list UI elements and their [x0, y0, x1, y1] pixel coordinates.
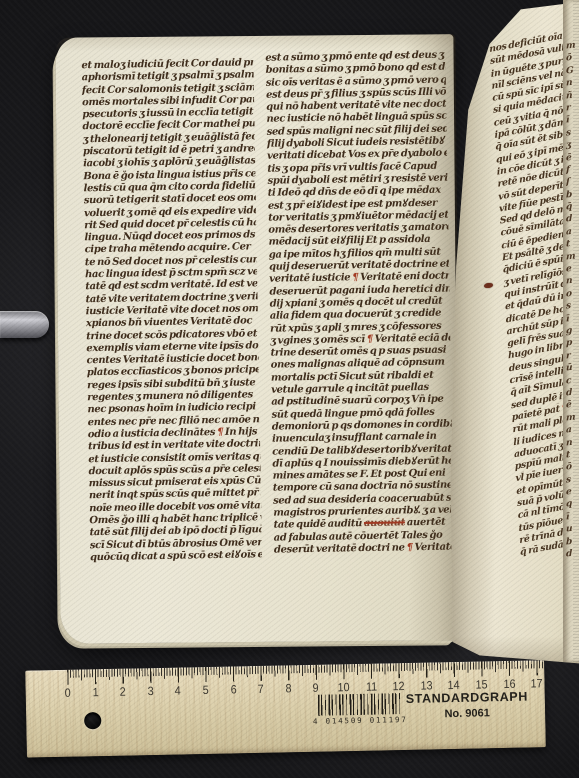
manuscript-line: a: [566, 424, 576, 437]
page-top-edge-shade: [55, 34, 453, 51]
manuscript-line: ē: [566, 399, 576, 412]
manuscript-line: s: [566, 300, 576, 313]
ruler-number: 2: [120, 685, 126, 699]
manuscript-line: ū: [566, 362, 576, 375]
manuscript-right-page: nos deficiūt oīa mala q̄ nōsūt mēdosā vu…: [437, 0, 579, 666]
manuscript-left-page: et maloʒ iudiciū fecit Cor dauid pmōapho…: [55, 34, 458, 643]
manuscript-line: ī: [566, 114, 576, 127]
manuscript-line: ī: [566, 510, 576, 523]
ruler-number: 6: [230, 682, 236, 696]
manuscript-line: d: [566, 386, 576, 399]
manuscript-line: t: [566, 238, 576, 251]
manuscript-line: e: [566, 263, 576, 276]
text-column-1: et maloʒ iudiciū fecit Cor dauid pmōapho…: [81, 57, 262, 568]
manuscript-line: q: [566, 498, 576, 511]
manuscript-line: c: [566, 374, 576, 387]
manuscript-line: quōcūq dicat a spū scō est eiꙋ oīs essēc…: [90, 549, 262, 564]
manuscript-line: t: [566, 448, 576, 461]
ruler-number: 0: [65, 686, 71, 700]
ruler-number: 9: [313, 681, 319, 695]
manuscript-line: ſ: [566, 176, 576, 189]
ruler-hanging-hole: [84, 712, 101, 729]
manuscript-line: ʒ: [566, 139, 576, 152]
manuscript-line: o: [566, 287, 576, 300]
manuscript-line: g: [566, 324, 576, 337]
ruler-number: 7: [258, 682, 264, 696]
ruler: 01234567891011121314151617 4 014509 0111…: [25, 660, 546, 757]
rubric-struck-word: auouiūt: [364, 518, 405, 530]
ruler-number: 8: [285, 681, 291, 695]
manuscript-line: G: [566, 64, 576, 77]
ruler-number: 4: [175, 683, 181, 697]
manuscript-line: m: [566, 39, 576, 52]
ruler-brand-label: STANDARDGRAPH: [382, 689, 552, 706]
rubric-paragraph-mark: ¶: [217, 427, 223, 438]
manuscript-line: d: [566, 548, 576, 561]
manuscript-line: ē: [566, 151, 576, 164]
manuscript-line: m: [566, 250, 576, 263]
manuscript-line: b: [566, 188, 576, 201]
ruler-number: 10: [337, 680, 349, 694]
manuscript-line: d: [566, 213, 576, 226]
page-edge-sliver: mōGnñrīsʒēfſbq̄datmenosīgprūcdēmantōseqī…: [563, 0, 579, 662]
ruler-number: 1: [92, 685, 98, 699]
ruler-number: 5: [202, 683, 208, 697]
manuscript-line: r: [566, 349, 576, 362]
manuscript-line: r: [566, 101, 576, 114]
manuscript-line: n: [566, 275, 576, 288]
page-edge-text: mōGnñrīsʒēfſbq̄datmenosīgprūcdēmantōseqī…: [566, 39, 576, 560]
manuscript-line: s: [566, 473, 576, 486]
manuscript-line: e: [566, 486, 576, 499]
manuscript-line: s: [566, 126, 576, 139]
manuscript-line: f: [566, 163, 576, 176]
manuscript-line: ō: [566, 461, 576, 474]
page-holder-clip: [0, 311, 49, 338]
manuscript-line: ñ: [566, 89, 576, 102]
ruler-number: 11: [365, 680, 377, 694]
manuscript-line: m: [566, 411, 576, 424]
ruler-number: 3: [147, 684, 153, 698]
manuscript-line: p: [566, 337, 576, 350]
manuscript-line: ī: [566, 312, 576, 325]
manuscript-line: q̄: [566, 201, 576, 214]
photo-background: et maloʒ iudiciū fecit Cor dauid pmōapho…: [0, 0, 579, 778]
manuscript-line: u: [566, 523, 576, 536]
manuscript-line: ō: [566, 52, 576, 65]
rubric-paragraph-mark: ¶: [352, 272, 358, 283]
manuscript-line: a: [566, 225, 576, 238]
manuscript-line: n: [566, 436, 576, 449]
manuscript-line: b: [566, 535, 576, 548]
rubric-paragraph-mark: ¶: [367, 334, 373, 345]
ruler-model-label: No. 9061: [382, 706, 552, 721]
ruler-cm-ticks: [67, 660, 544, 684]
manuscript-line: n: [566, 77, 576, 90]
